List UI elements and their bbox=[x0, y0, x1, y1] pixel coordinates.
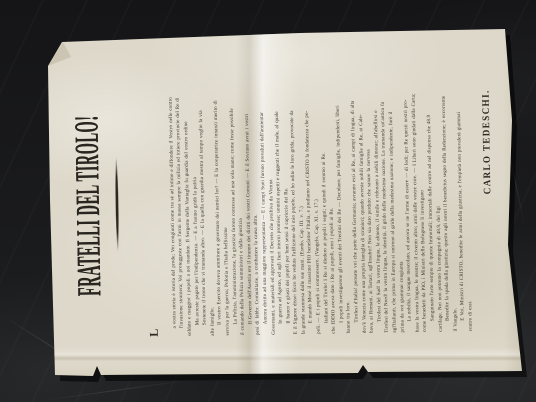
body-text: L a vostra storia è istoria del prode; V… bbox=[144, 79, 475, 337]
title-rule bbox=[114, 157, 121, 253]
photo-scene: FRATELLI DEL TIROLO! L a vostra storia è… bbox=[0, 0, 536, 402]
signature: CARLO TEDESCHI. bbox=[480, 89, 493, 194]
paper-sheet: FRATELLI DEL TIROLO! L a vostra storia è… bbox=[0, 0, 536, 402]
broadside-document: FRATELLI DEL TIROLO! L a vostra storia è… bbox=[45, 24, 525, 379]
closing-block: CARLO TEDESCHI. bbox=[475, 79, 497, 331]
document-title: FRATELLI DEL TIROLO! bbox=[67, 115, 109, 296]
title-block: FRATELLI DEL TIROLO! bbox=[71, 32, 113, 380]
dropcap-letter: L bbox=[147, 329, 159, 337]
surface-scratch bbox=[41, 380, 190, 402]
